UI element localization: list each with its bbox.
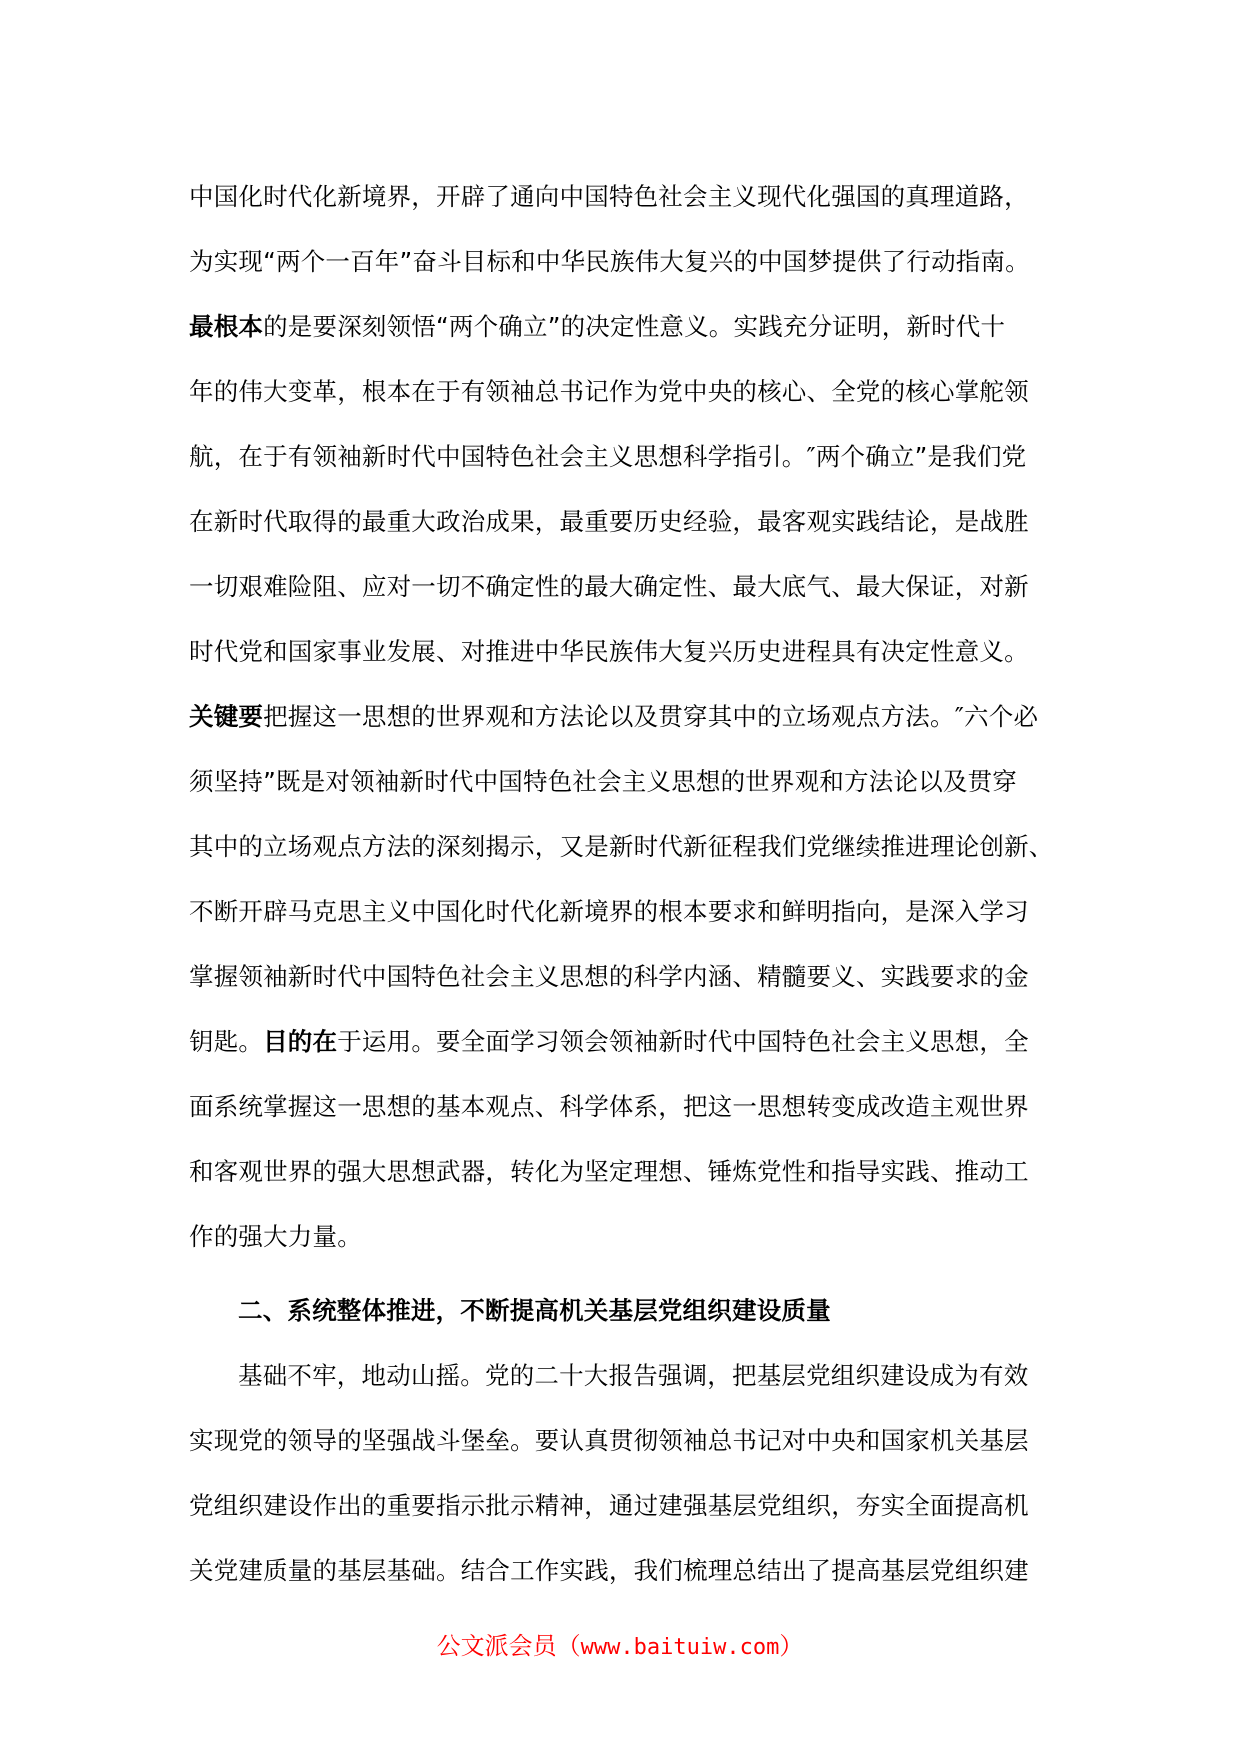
bold-lead-text: 最根本 xyxy=(189,312,263,341)
document-page: 中国化时代化新境界，开辟了通向中国特色社会主义现代化强国的真理道路，为实现“两个… xyxy=(0,0,1240,1754)
text-segment: 须坚持”既是对领袖新时代中国特色社会主义思想的世界观和方法论以及贯穿 xyxy=(189,767,1017,796)
text-segment: 在新时代取得的最重大政治成果，最重要历史经验，最客观实践结论，是战胜 xyxy=(189,507,1029,536)
paragraph-line: 关党建质量的基层基础。结合工作实践，我们梳理总结出了提高基层党组织建 xyxy=(189,1556,1069,1586)
bold-lead-text: 二、系统整体推进，不断提高机关基层党组织建设质量 xyxy=(238,1296,831,1325)
text-segment: 不断开辟马克思主义中国化时代化新境界的根本要求和鲜明指向，是深入学习 xyxy=(189,897,1029,926)
text-segment: 党组织建设作出的重要指示批示精神，通过建强基层党组织，夯实全面提高机 xyxy=(189,1491,1029,1520)
text-segment: 和客观世界的强大思想武器，转化为坚定理想、锤炼党性和指导实践、推动工 xyxy=(189,1157,1029,1186)
paragraph-line: 作的强大力量。 xyxy=(189,1222,1069,1252)
text-segment: 实现党的领导的坚强战斗堡垒。要认真贯彻领袖总书记对中央和国家机关基层 xyxy=(189,1426,1029,1455)
text-segment: 一切艰难险阻、应对一切不确定性的最大确定性、最大底气、最大保证，对新 xyxy=(189,572,1029,601)
paragraph-line-indented: 基础不牢，地动山摇。党的二十大报告强调，把基层党组织建设成为有效 xyxy=(238,1361,1118,1391)
text-segment: 钥匙。 xyxy=(189,1027,263,1056)
paragraph-line: 年的伟大变革，根本在于有领袖总书记作为党中央的核心、全党的核心掌舵领 xyxy=(189,377,1069,407)
text-segment: 时代党和国家事业发展、对推进中华民族伟大复兴历史进程具有决定性意义。 xyxy=(189,637,1029,666)
bold-lead-text: 关键要 xyxy=(189,702,263,731)
text-segment: 关党建质量的基层基础。结合工作实践，我们梳理总结出了提高基层党组织建 xyxy=(189,1556,1029,1585)
paragraph-line: 在新时代取得的最重大政治成果，最重要历史经验，最客观实践结论，是战胜 xyxy=(189,507,1069,537)
paragraph-line: 最根本的是要深刻领悟“两个确立”的决定性意义。实践充分证明，新时代十 xyxy=(189,312,1069,342)
paragraph-line: 航，在于有领袖新时代中国特色社会主义思想科学指引。″两个确立”是我们党 xyxy=(189,442,1069,472)
paragraph-line: 一切艰难险阻、应对一切不确定性的最大确定性、最大底气、最大保证，对新 xyxy=(189,572,1069,602)
text-segment: 为实现“两个一百年”奋斗目标和中华民族伟大复兴的中国梦提供了行动指南。 xyxy=(189,247,1030,276)
text-segment: 其中的立场观点方法的深刻揭示，又是新时代新征程我们党继续推进理论创新、 xyxy=(189,832,1054,861)
paragraph-line: 实现党的领导的坚强战斗堡垒。要认真贯彻领袖总书记对中央和国家机关基层 xyxy=(189,1426,1069,1456)
paragraph-line: 须坚持”既是对领袖新时代中国特色社会主义思想的世界观和方法论以及贯穿 xyxy=(189,767,1069,797)
paragraph-line: 其中的立场观点方法的深刻揭示，又是新时代新征程我们党继续推进理论创新、 xyxy=(189,832,1069,862)
text-segment: 中国化时代化新境界，开辟了通向中国特色社会主义现代化强国的真理道路， xyxy=(189,182,1029,211)
paragraph-line: 党组织建设作出的重要指示批示精神，通过建强基层党组织，夯实全面提高机 xyxy=(189,1491,1069,1521)
footer-close-paren: ） xyxy=(779,1632,803,1660)
paragraph-line: 为实现“两个一百年”奋斗目标和中华民族伟大复兴的中国梦提供了行动指南。 xyxy=(189,247,1069,277)
text-segment: 面系统掌握这一思想的基本观点、科学体系，把这一思想转变成改造主观世界 xyxy=(189,1092,1029,1121)
footer-url[interactable]: www.baituiw.com xyxy=(581,1635,780,1660)
text-segment: 航，在于有领袖新时代中国特色社会主义思想科学指引。″两个确立”是我们党 xyxy=(189,442,1026,471)
text-segment: 于运用。要全面学习领会领袖新时代中国特色社会主义思想，全 xyxy=(337,1027,1029,1056)
text-segment: 掌握领袖新时代中国特色社会主义思想的科学内涵、精髓要义、实践要求的金 xyxy=(189,962,1029,991)
paragraph-line: 面系统掌握这一思想的基本观点、科学体系，把这一思想转变成改造主观世界 xyxy=(189,1092,1069,1122)
footer-label: 公文派会员 xyxy=(437,1632,557,1660)
text-segment: 年的伟大变革，根本在于有领袖总书记作为党中央的核心、全党的核心掌舵领 xyxy=(189,377,1029,406)
text-segment: 把握这一思想的世界观和方法论以及贯穿其中的立场观点方法。″六个必 xyxy=(263,702,1038,731)
paragraph-line: 掌握领袖新时代中国特色社会主义思想的科学内涵、精髓要义、实践要求的金 xyxy=(189,962,1069,992)
paragraph-line: 关键要把握这一思想的世界观和方法论以及贯穿其中的立场观点方法。″六个必 xyxy=(189,702,1069,732)
paragraph-line: 中国化时代化新境界，开辟了通向中国特色社会主义现代化强国的真理道路， xyxy=(189,182,1069,212)
paragraph-line: 时代党和国家事业发展、对推进中华民族伟大复兴历史进程具有决定性意义。 xyxy=(189,637,1069,667)
text-segment: 基础不牢，地动山摇。党的二十大报告强调，把基层党组织建设成为有效 xyxy=(238,1361,1028,1390)
paragraph-line: 钥匙。目的在于运用。要全面学习领会领袖新时代中国特色社会主义思想，全 xyxy=(189,1027,1069,1057)
footer-watermark: 公文派会员（www.baituiw.com） xyxy=(0,1630,1240,1664)
footer-open-paren: （ xyxy=(557,1632,581,1660)
paragraph-line: 不断开辟马克思主义中国化时代化新境界的根本要求和鲜明指向，是深入学习 xyxy=(189,897,1069,927)
paragraph-line: 和客观世界的强大思想武器，转化为坚定理想、锤炼党性和指导实践、推动工 xyxy=(189,1157,1069,1187)
paragraph-line-indented: 二、系统整体推进，不断提高机关基层党组织建设质量 xyxy=(238,1296,1118,1326)
bold-lead-text: 目的在 xyxy=(263,1027,337,1056)
text-segment: 的是要深刻领悟“两个确立”的决定性意义。实践充分证明，新时代十 xyxy=(263,312,1005,341)
text-segment: 作的强大力量。 xyxy=(189,1222,362,1251)
